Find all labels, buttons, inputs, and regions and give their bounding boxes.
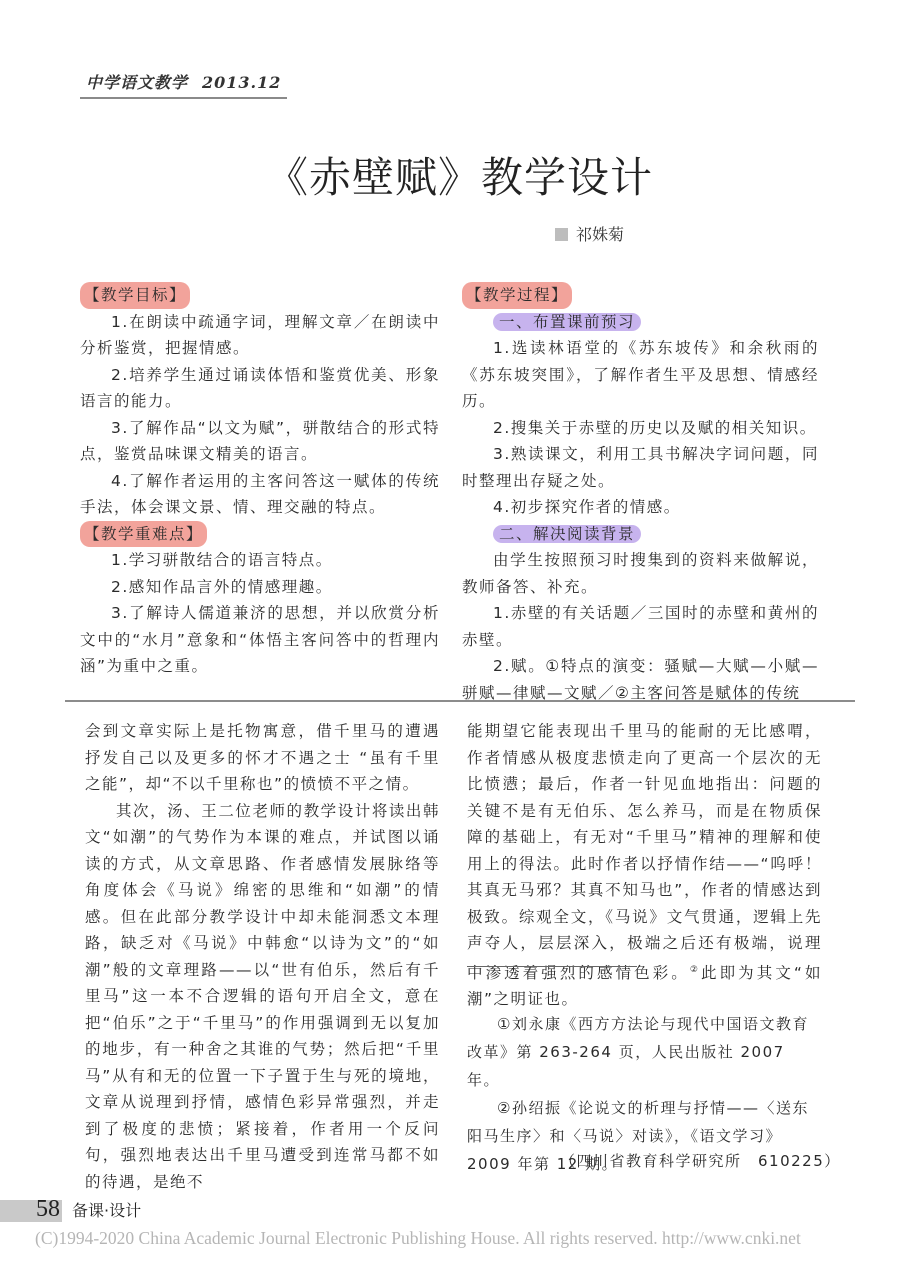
goal-item: 2.培养学生通过诵读体悟和鉴赏优美、形象语言的能力。	[80, 362, 440, 415]
journal-issue: 2013.12	[202, 73, 281, 92]
goal-item: 3.了解作品“以文为赋”，骈散结合的形式特点，鉴赏品味课文精美的语言。	[80, 415, 440, 468]
step1-title: 一、布置课前预习	[493, 313, 641, 331]
author-name: 祁姝菊	[576, 225, 624, 244]
review-paragraph: 会到文章实际上是托物寓意，借千里马的遭遇抒发自己以及更多的怀才不遇之士 “虽有千…	[85, 718, 440, 798]
affiliation: （四川省教育科学研究所 610225）	[560, 1150, 841, 1171]
goal-item: 1.在朗读中疏通字词，理解文章／在朗读中分析鉴赏，把握情感。	[80, 309, 440, 362]
section-divider	[65, 700, 855, 702]
goals-heading: 【教学目标】	[80, 282, 190, 309]
step1-item: 1.选读林语堂的《苏东坡传》和余秋雨的《苏东坡突围》，了解作者生平及思想、情感经…	[462, 335, 819, 415]
journal-header: 中学语文教学2013.12	[80, 70, 287, 99]
step2-title: 二、解决阅读背景	[493, 525, 641, 543]
goals-column: 【教学目标】 1.在朗读中疏通字词，理解文章／在朗读中分析鉴赏，把握情感。 2.…	[80, 282, 440, 680]
step2-intro: 由学生按照预习时搜集到的资料来做解说，教师备答、补充。	[462, 547, 819, 600]
step1-item: 2.搜集关于赤壁的历史以及赋的相关知识。	[462, 415, 819, 442]
review-paragraph: 其次，汤、王二位老师的教学设计将读出韩文“如潮”的气势作为本课的难点，并试图以诵…	[85, 798, 440, 1196]
review-paragraph: 能期望它能表现出千里马的能耐的无比感喟，作者情感从极度悲愤走向了更高一个层次的无…	[467, 722, 822, 982]
section-label: 备课·设计	[72, 1198, 141, 1221]
author-line: 祁姝菊	[555, 222, 624, 245]
journal-name: 中学语文教学	[86, 73, 188, 92]
process-heading: 【教学过程】	[462, 282, 572, 309]
footnote-rule	[467, 966, 637, 967]
review-right-column: 能期望它能表现出千里马的能耐的无比感喟，作者情感从极度悲愤走向了更高一个层次的无…	[467, 718, 822, 1013]
difficulty-item: 2.感知作品言外的情感理趣。	[80, 574, 440, 601]
goal-item: 4.了解作者运用的主客问答这一赋体的传统手法，体会课文景、情、理交融的特点。	[80, 468, 440, 521]
review-left-column: 会到文章实际上是托物寓意，借千里马的遭遇抒发自己以及更多的怀才不遇之士 “虽有千…	[85, 718, 440, 1195]
footnote: ①刘永康《西方方法论与现代中国语文教育改革》第 263-264 页，人民出版社 …	[467, 1010, 822, 1094]
difficulty-item: 1.学习骈散结合的语言特点。	[80, 547, 440, 574]
step1-item: 3.熟读课文，利用工具书解决字词问题，同时整理出存疑之处。	[462, 441, 819, 494]
step2-item: 1.赤壁的有关话题／三国时的赤壁和黄州的赤壁。	[462, 600, 819, 653]
page-number: 58	[36, 1196, 60, 1223]
process-column: 【教学过程】 一、布置课前预习 1.选读林语堂的《苏东坡传》和余秋雨的《苏东坡突…	[462, 282, 819, 706]
step2-item: 2.赋。①特点的演变：骚赋—大赋—小赋—骈赋—律赋—文赋／②主客问答是赋体的传统	[462, 653, 819, 706]
author-marker-icon	[555, 228, 568, 241]
copyright-notice: (C)1994-2020 China Academic Journal Elec…	[35, 1228, 801, 1249]
difficulty-item: 3.了解诗人儒道兼济的思想，并以欣赏分析文中的“水月”意象和“体悟主客问答中的哲…	[80, 600, 440, 680]
article-title: 《赤壁赋》教学设计	[0, 145, 919, 205]
footnote-ref: ②	[690, 965, 701, 975]
step1-item: 4.初步探究作者的情感。	[462, 494, 819, 521]
difficulties-heading: 【教学重难点】	[80, 521, 207, 548]
